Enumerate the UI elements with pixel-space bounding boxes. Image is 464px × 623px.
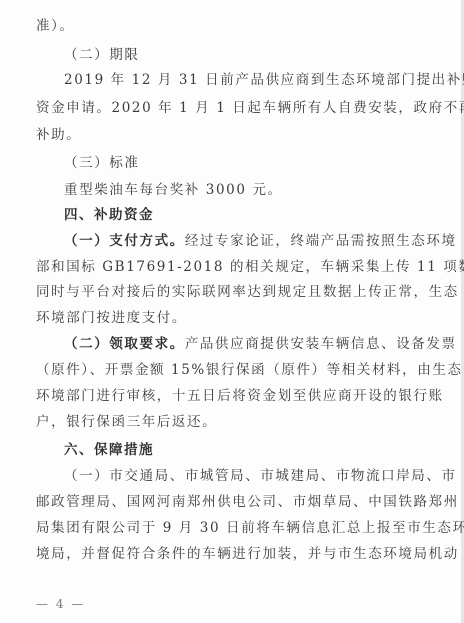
page-number: — 4 — (36, 597, 85, 611)
text-line: 境局，并督促符合条件的车辆进行加装，并与市生态环境局机动 (36, 541, 427, 567)
text-line: 2019 年 12 月 31 日前产品供应商到生态环境部门提出补贴 (64, 67, 427, 93)
text-line: （原件）、开票金额 15%银行保函（原件）等相关材料，由生态 (36, 357, 427, 383)
text-line: （一）市交通局、市城管局、市城建局、市物流口岸局、市 (64, 463, 427, 489)
text-span: 产品供应商提供安装车辆信息、设备发票 (185, 336, 457, 352)
text-line: 部和国标 GB17691-2018 的相关规定，车辆采集上传 11 项数值， (36, 254, 427, 280)
paragraph-payment-method: （一）支付方式。经过专家论证，终端产品需按照生态环境 (64, 228, 427, 254)
text-line: 环境部门进行审核，十五日后将资金划至供应商开设的银行账 (36, 383, 427, 409)
text-line: 重型柴油车每台奖补 3000 元。 (64, 177, 427, 203)
text-line: 资金申请。2020 年 1 月 1 日起车辆所有人自费安装，政府不再 (36, 95, 427, 121)
text-line: 局集团有限公司于 9 月 30 日前将车辆信息汇总上报至市生态环 (36, 515, 427, 541)
text-line: 邮政管理局、国网河南郑州供电公司、市烟草局、中国铁路郑州 (36, 489, 427, 515)
text-span: 经过专家论证，终端产品需按照生态环境 (185, 233, 457, 249)
bold-lead-collection-requirements: （二）领取要求。 (64, 336, 185, 352)
text-line: 环境部门按进度支付。 (36, 305, 427, 331)
paragraph-continuation: 准）。 (36, 13, 427, 39)
section-heading-deadline: （二）期限 (64, 42, 427, 68)
section-heading-safeguards: 六、保障措施 (64, 437, 427, 463)
section-heading-subsidy-funds: 四、补助资金 (64, 202, 427, 228)
paragraph-collection-requirements: （二）领取要求。产品供应商提供安装车辆信息、设备发票 (64, 331, 427, 357)
document-page: 准）。 （二）期限 2019 年 12 月 31 日前产品供应商到生态环境部门提… (0, 0, 464, 623)
text-line: 补助。 (36, 122, 427, 148)
section-heading-standard: （三）标准 (64, 150, 427, 176)
bold-lead-payment-method: （一）支付方式。 (64, 233, 185, 249)
text-line: 户，银行保函三年后返还。 (36, 409, 427, 435)
text-line: 同时与平台对接后的实际联网率达到规定且数据上传正常，生态 (36, 279, 427, 305)
